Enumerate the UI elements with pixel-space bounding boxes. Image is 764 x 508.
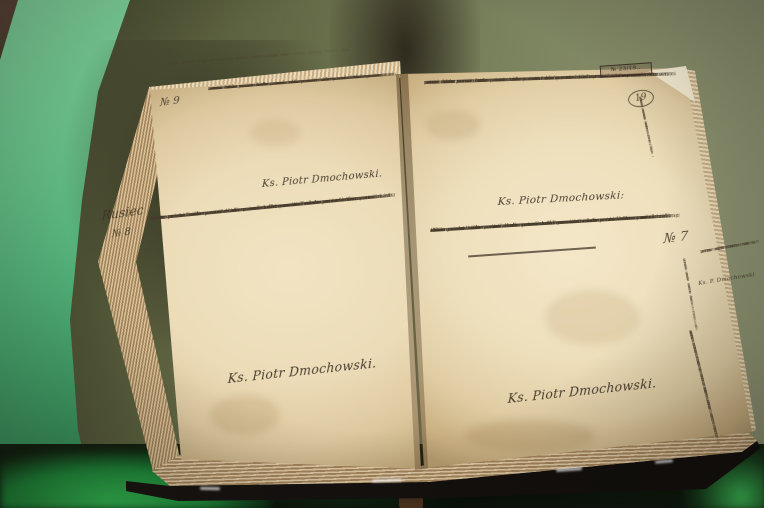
- museum-photo: mina comnis velu varmi donia nomne sorem…: [0, 0, 764, 508]
- photo-vignette: [0, 0, 764, 508]
